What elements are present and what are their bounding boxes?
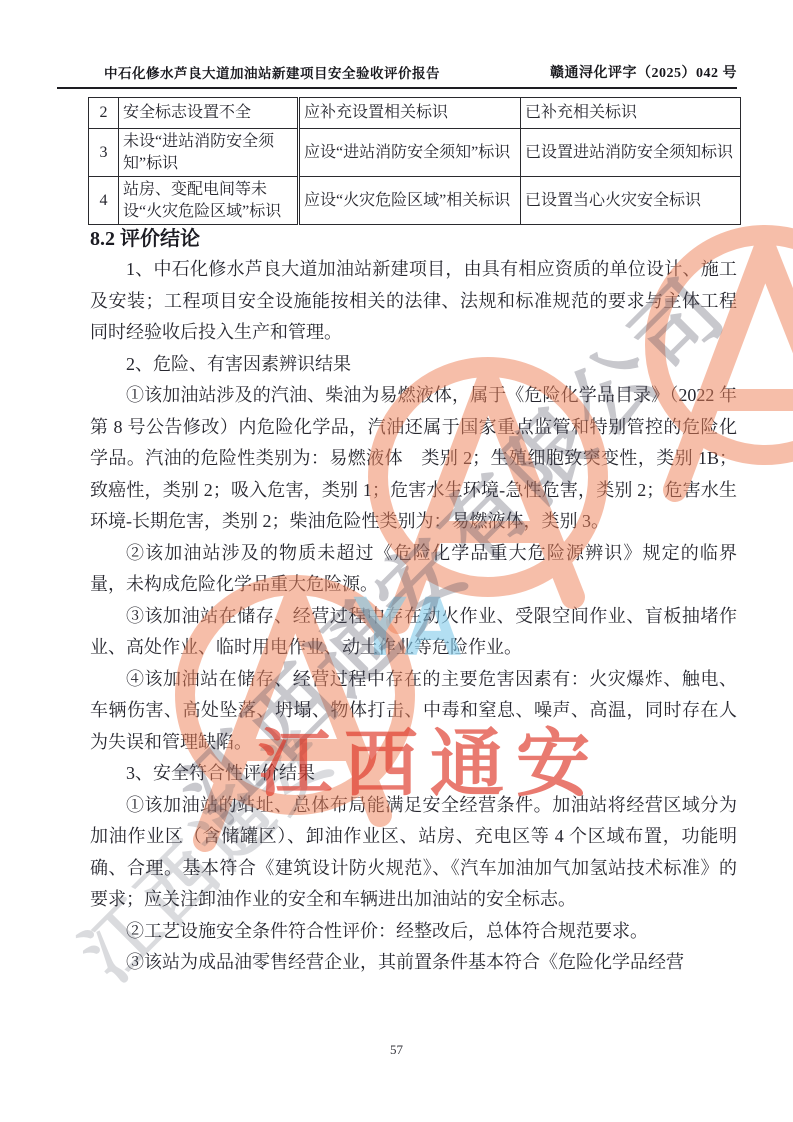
paragraph: ③该站为成品油零售经营企业，其前置条件基本符合《危险化学品经营 [90, 947, 737, 979]
section-body: 1、中石化修水芦良大道加油站新建项目，由具有相应资质的单位设计、施工及安装；工程… [90, 254, 737, 979]
result-cell: 已设置当心火灾安全标识 [521, 177, 741, 225]
paragraph: 3、安全符合性评价结果 [90, 758, 737, 790]
report-title: 中石化修水芦良大道加油站新建项目安全验收评价报告 [57, 62, 440, 82]
paragraph: ②工艺设施安全条件符合性评价：经整改后，总体符合规范要求。 [90, 916, 737, 948]
row-number: 2 [89, 98, 119, 129]
measure-cell: 应设“进站消防安全须知”标识 [299, 129, 521, 177]
paragraph: 2、危险、有害因素辨识结果 [90, 349, 737, 381]
paragraph: 1、中石化修水芦良大道加油站新建项目，由具有相应资质的单位设计、施工及安装；工程… [90, 254, 737, 349]
paragraph: ④该加油站在储存、经营过程中存在的主要危害因素有：火灾爆炸、触电、车辆伤害、高处… [90, 664, 737, 759]
paragraph: ③该加油站在储存、经营过程中存在动火作业、受限空间作业、盲板抽堵作业、高处作业、… [90, 601, 737, 664]
document-page: 中石化修水芦良大道加油站新建项目安全验收评价报告 赣通浔化评字（2025）042… [0, 0, 793, 1122]
document-number: 赣通浔化评字（2025）042 号 [550, 62, 737, 82]
measure-cell: 应设“火灾危险区域”相关标识 [299, 177, 521, 225]
section-heading: 8.2 评价结论 [90, 222, 200, 251]
problem-cell: 安全标志设置不全 [119, 98, 299, 129]
measure-cell: 应补充设置相关标识 [299, 98, 521, 129]
result-cell: 已设置进站消防安全须知标识 [521, 129, 741, 177]
rectification-table: 2 安全标志设置不全 应补充设置相关标识 已补充相关标识 3 未设“进站消防安全… [88, 97, 741, 225]
paragraph: ①该加油站的站址、总体布局能满足安全经营条件。加油站将经营区域分为加油作业区（含… [90, 790, 737, 916]
table-row: 2 安全标志设置不全 应补充设置相关标识 已补充相关标识 [89, 98, 741, 129]
problem-cell: 站房、变配电间等未设“火灾危险区域”标识 [119, 177, 299, 225]
paragraph: ①该加油站涉及的汽油、柴油为易燃液体，属于《危险化学品目录》（2022 年第 8… [90, 380, 737, 538]
table-row: 3 未设“进站消防安全须知”标识 应设“进站消防安全须知”标识 已设置进站消防安… [89, 129, 741, 177]
problem-cell: 未设“进站消防安全须知”标识 [119, 129, 299, 177]
paragraph: ②该加油站涉及的物质未超过《危险化学品重大危险源辨识》规定的临界量，未构成危险化… [90, 538, 737, 601]
table-row: 4 站房、变配电间等未设“火灾危险区域”标识 应设“火灾危险区域”相关标识 已设… [89, 177, 741, 225]
page-number: 57 [0, 1042, 793, 1058]
result-cell: 已补充相关标识 [521, 98, 741, 129]
page-header: 中石化修水芦良大道加油站新建项目安全验收评价报告 赣通浔化评字（2025）042… [57, 62, 737, 82]
row-number: 4 [89, 177, 119, 225]
header-divider [57, 87, 737, 89]
row-number: 3 [89, 129, 119, 177]
